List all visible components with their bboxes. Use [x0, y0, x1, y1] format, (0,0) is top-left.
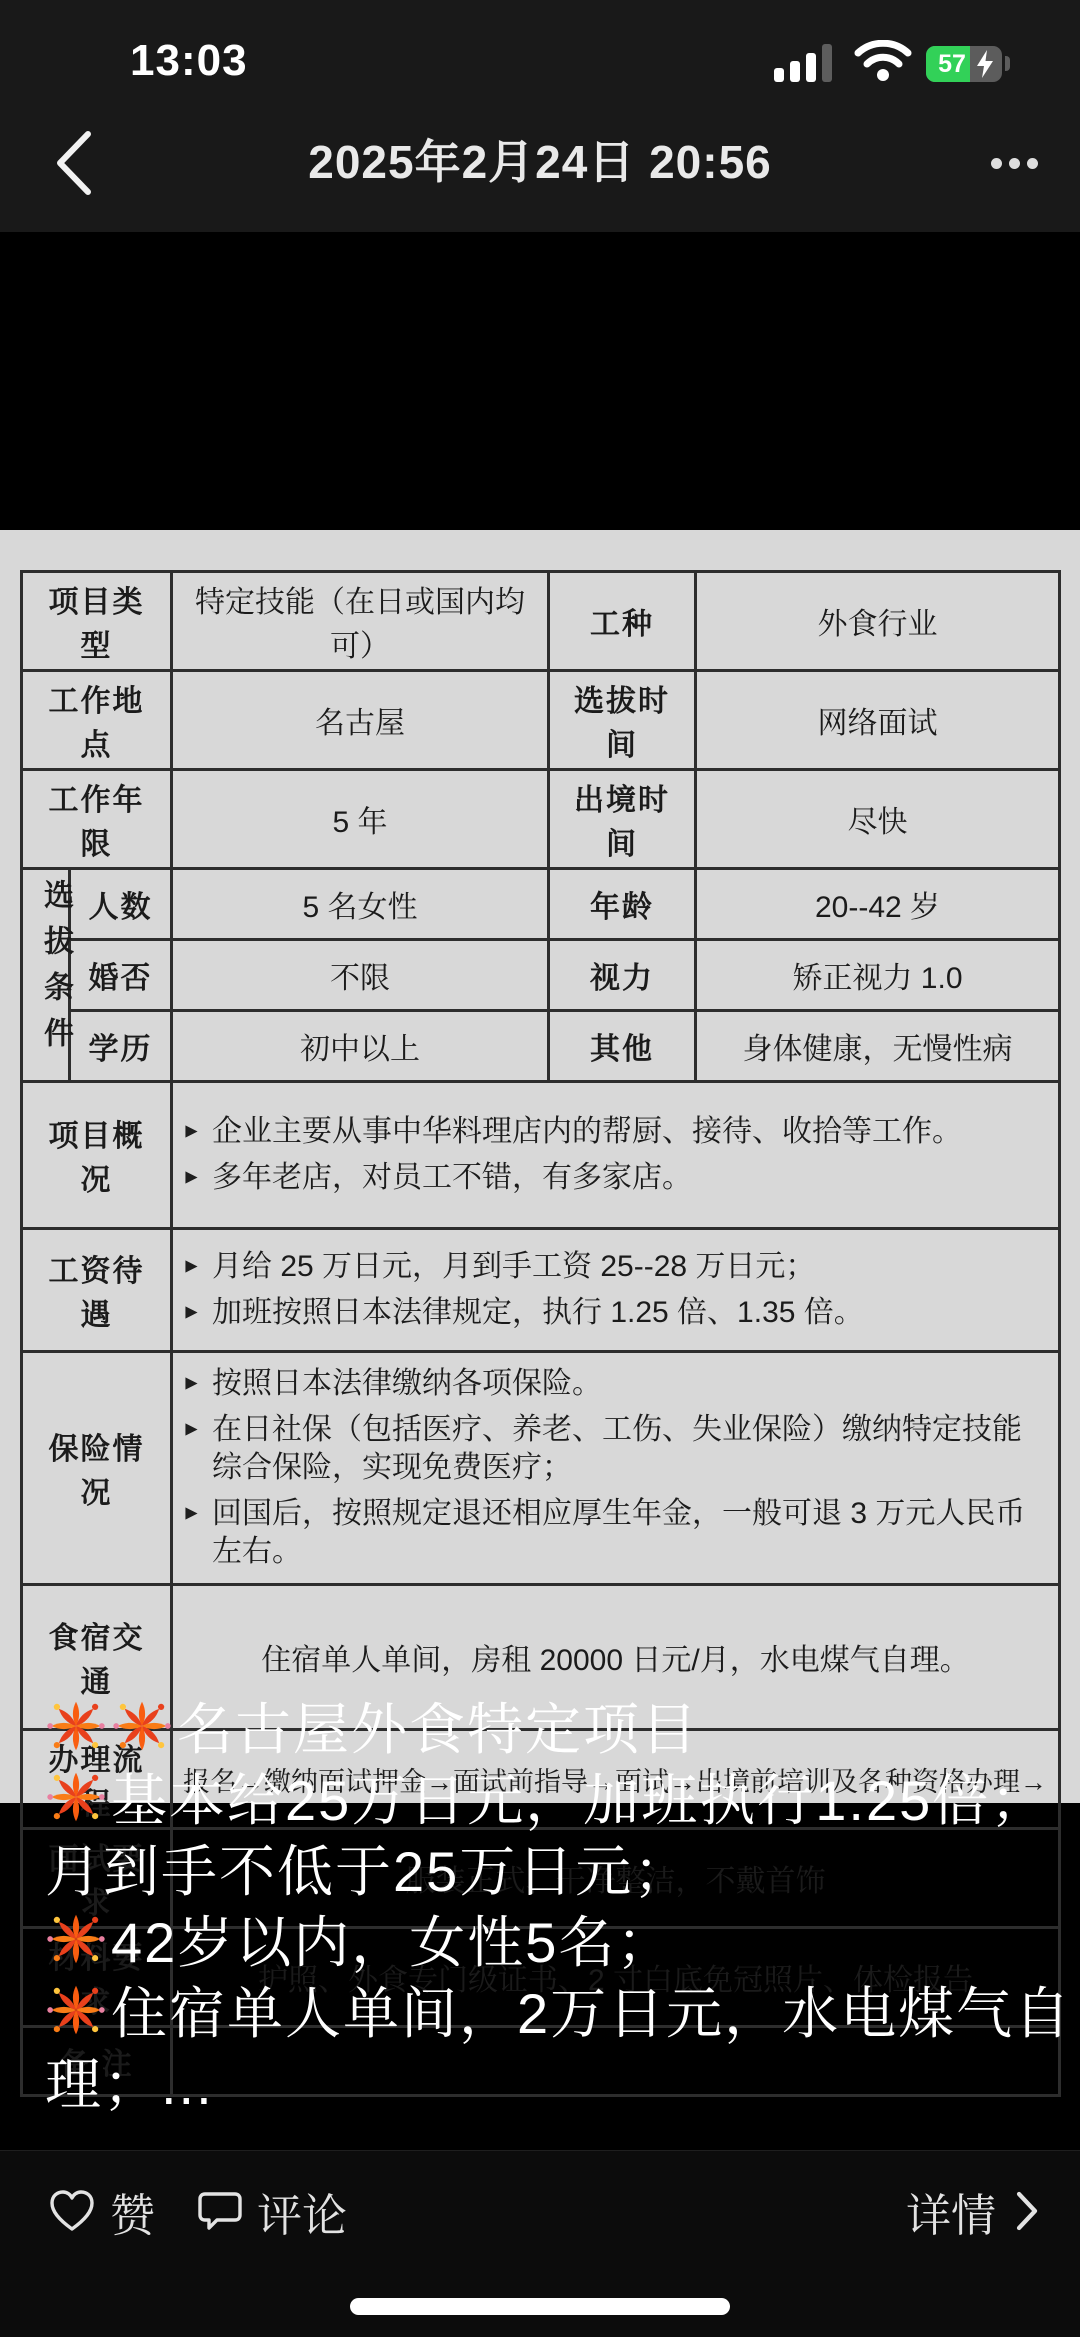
table-row: 项目类型 特定技能（在日或国内均可） 工种 外食行业 [22, 572, 1060, 671]
fireworks-emoji [45, 1908, 107, 1970]
bullet-text: 多年老店，对员工不错，有多家店。 [212, 1159, 692, 1197]
table-row: 工作年限 5 年 出境时间 尽快 [22, 770, 1060, 869]
table-row: 婚否 不限 视力 矫正视力 1.0 [22, 940, 1060, 1011]
like-button[interactable]: 赞 [48, 2179, 155, 2244]
caption-line-text: 住宿单人单间，2万日元，水电煤气自 [111, 1970, 1072, 2050]
status-time: 13:03 [130, 36, 248, 86]
caption-line: 月到手不低于25万日元； [45, 1832, 1055, 1903]
fireworks-emoji [111, 1695, 173, 1757]
home-indicator[interactable] [350, 2298, 730, 2315]
selection-group-label: 选拔条件 [22, 869, 70, 1082]
more-icon[interactable] [991, 158, 1038, 169]
row-value: 不限 [172, 940, 549, 1011]
bullet-arrow-icon [183, 1304, 200, 1321]
row-content: 企业主要从事中华料理店内的帮厨、接待、收拾等工作。 多年老店，对员工不错，有多家… [172, 1082, 1060, 1229]
row-content: 按照日本法律缴纳各项保险。 在日社保（包括医疗、养老、工伤、失业保险）缴纳特定技… [172, 1352, 1060, 1585]
row-label: 视力 [549, 940, 696, 1011]
battery-percent: 57 [930, 46, 974, 82]
nav-bar: 2025年2月24日 20:56 [0, 100, 1080, 232]
row-label: 工资待遇 [22, 1229, 172, 1352]
bullet-arrow-icon [183, 1258, 200, 1275]
bullet-arrow-icon [183, 1169, 200, 1186]
table-row: 学历 初中以上 其他 身体健康，无慢性病 [22, 1011, 1060, 1082]
caption-line: 理；... [45, 2045, 1055, 2116]
table-row: 项目概况 企业主要从事中华料理店内的帮厨、接待、收拾等工作。 多年老店，对员工不… [22, 1082, 1060, 1229]
battery-icon: 57 [926, 46, 1002, 82]
table-row: 工资待遇 月给 25 万日元，月到手工资 25--28 万日元； 加班按照日本法… [22, 1229, 1060, 1352]
row-value: 名古屋 [172, 671, 549, 770]
bullet-text: 月给 25 万日元，月到手工资 25--28 万日元； [212, 1248, 815, 1286]
heart-icon [48, 2189, 96, 2233]
row-label: 选拔时间 [549, 671, 696, 770]
comment-label: 评论 [257, 2179, 347, 2244]
wifi-icon [854, 40, 912, 82]
caption-line: 住宿单人单间，2万日元，水电煤气自 [45, 1974, 1055, 2045]
like-label: 赞 [110, 2179, 155, 2244]
bullet-arrow-icon [183, 1123, 200, 1140]
caption-line-text: 42岁以内，女性5名； [111, 1899, 674, 1979]
detail-label: 详情 [906, 2179, 996, 2244]
row-value: 5 年 [172, 770, 549, 869]
cellular-signal-icon [774, 42, 840, 82]
row-value: 20--42 岁 [696, 869, 1060, 940]
row-value: 矫正视力 1.0 [696, 940, 1060, 1011]
row-value: 特定技能（在日或国内均可） [172, 572, 549, 671]
page-title: 2025年2月24日 20:56 [0, 126, 1080, 192]
bullet-text: 企业主要从事中华料理店内的帮厨、接待、收拾等工作。 [212, 1113, 962, 1151]
row-value: 尽快 [696, 770, 1060, 869]
status-bar: 13:03 57 [0, 0, 1080, 100]
bullet-text: 回国后，按照规定退还相应厚生年金，一般可退 3 万元人民币左右。 [212, 1495, 1048, 1571]
row-label: 项目概况 [22, 1082, 172, 1229]
caption-line-text: 理；... [45, 2041, 214, 2121]
row-value: 5 名女性 [172, 869, 549, 940]
caption-line-text: 月到手不低于25万日元； [45, 1828, 691, 1908]
row-label: 出境时间 [549, 770, 696, 869]
row-label: 婚否 [70, 940, 172, 1011]
caption-line: 名古屋外食特定项目 [45, 1690, 1055, 1761]
bullet-arrow-icon [183, 1505, 200, 1522]
comment-icon [197, 2189, 243, 2233]
row-label: 工种 [549, 572, 696, 671]
table-row: 工作地点 名古屋 选拔时间 网络面试 [22, 671, 1060, 770]
row-label: 年龄 [549, 869, 696, 940]
row-label: 保险情况 [22, 1352, 172, 1585]
detail-link[interactable]: 详情 [906, 2179, 1040, 2244]
table-row: 选拔条件 人数 5 名女性 年龄 20--42 岁 [22, 869, 1060, 940]
top-bar: 13:03 57 [0, 0, 1080, 232]
row-label: 工作地点 [22, 671, 172, 770]
screen: 13:03 57 [0, 0, 1080, 2337]
fireworks-emoji [45, 1766, 107, 1828]
row-label: 学历 [70, 1011, 172, 1082]
row-label: 人数 [70, 869, 172, 940]
row-value: 网络面试 [696, 671, 1060, 770]
bullet-text: 按照日本法律缴纳各项保险。 [212, 1365, 602, 1403]
fireworks-emoji [45, 1695, 107, 1757]
charging-bolt-icon [974, 49, 996, 79]
table-row: 保险情况 按照日本法律缴纳各项保险。 在日社保（包括医疗、养老、工伤、失业保险）… [22, 1352, 1060, 1585]
caption-text: 名古屋外食特定项目 基本给25万日元，加班执行1.25倍； 月到手不低于25万日… [45, 1690, 1055, 2116]
bullet-text: 在日社保（包括医疗、养老、工伤、失业保险）缴纳特定技能综合保险，实现免费医疗； [212, 1411, 1048, 1487]
job-table-image[interactable]: 项目类型 特定技能（在日或国内均可） 工种 外食行业 工作地点 名古屋 选拔时间… [0, 530, 1080, 1803]
row-label: 工作年限 [22, 770, 172, 869]
row-label: 其他 [549, 1011, 696, 1082]
comment-button[interactable]: 评论 [197, 2179, 347, 2244]
bullet-arrow-icon [183, 1421, 200, 1438]
caption-line-text: 名古屋外食特定项目 [177, 1686, 699, 1766]
row-value: 初中以上 [172, 1011, 549, 1082]
battery-nub [1005, 56, 1010, 71]
bullet-arrow-icon [183, 1375, 200, 1392]
row-value: 身体健康，无慢性病 [696, 1011, 1060, 1082]
status-icons: 57 [774, 40, 1010, 82]
caption-line: 基本给25万日元，加班执行1.25倍； [45, 1761, 1055, 1832]
chevron-right-icon [1014, 2190, 1040, 2232]
row-label: 项目类型 [22, 572, 172, 671]
row-value: 外食行业 [696, 572, 1060, 671]
fireworks-emoji [45, 1979, 107, 2041]
caption-line-text: 基本给25万日元，加班执行1.25倍； [111, 1757, 1048, 1837]
bullet-text: 加班按照日本法律规定，执行 1.25 倍、1.35 倍。 [212, 1294, 864, 1332]
row-content: 月给 25 万日元，月到手工资 25--28 万日元； 加班按照日本法律规定，执… [172, 1229, 1060, 1352]
caption-line: 42岁以内，女性5名； [45, 1903, 1055, 1974]
